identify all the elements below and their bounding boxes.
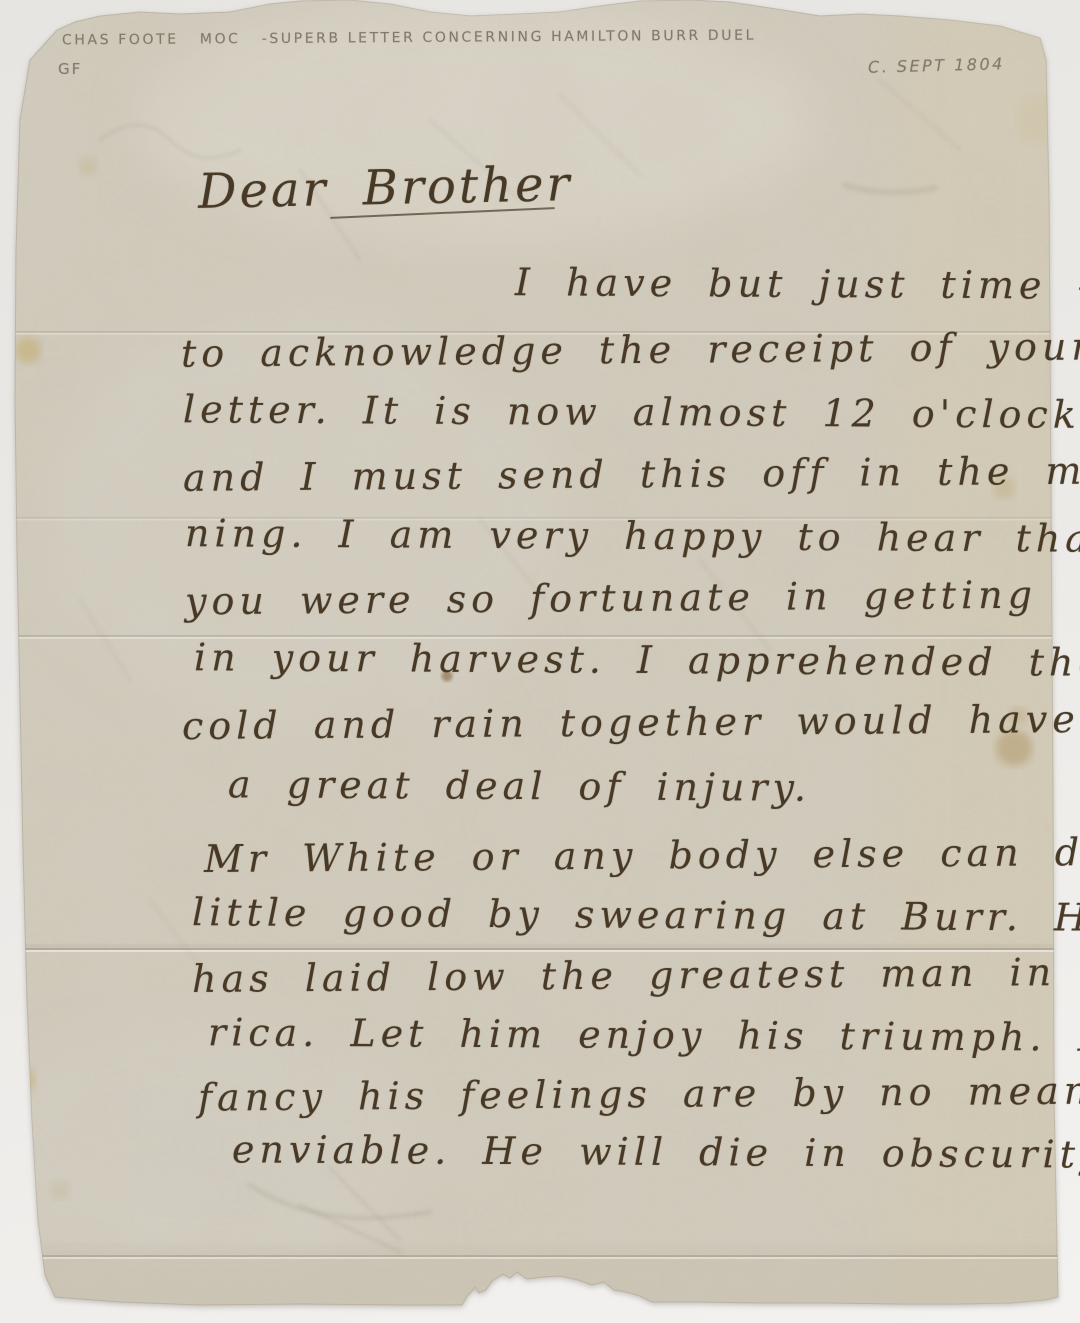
letter-line: rica. Let him enjoy his triumph. I bbox=[208, 1010, 1080, 1059]
letter-line: has laid low the greatest man in Ame- bbox=[192, 949, 1080, 1001]
letter-line: little good by swearing at Burr. He bbox=[192, 890, 1080, 940]
photo-backdrop: CHAS FOOTE MOC -SUPERB LETTER CONCERNING… bbox=[0, 0, 1080, 1323]
letter-line: I have but just time — bbox=[515, 260, 1080, 308]
letter-line: ning. I am very happy to hear that bbox=[185, 511, 1080, 561]
initials-annotation: GF bbox=[58, 60, 82, 78]
letter-line: to acknowledge the receipt of your bbox=[181, 324, 1080, 375]
letter-line: you were so fortunate in getting bbox=[185, 573, 1037, 624]
letter-line: in your harvest. I apprehended the bbox=[194, 635, 1080, 685]
letter-line: and I must send this off in the mor- bbox=[183, 448, 1080, 500]
letter-line: a great deal of injury. bbox=[228, 762, 811, 810]
date-annotation: C. SEPT 1804 bbox=[868, 54, 1005, 77]
letter-line: cold and rain together would have done bbox=[182, 696, 1080, 748]
letter-line: Mr White or any body else can do but bbox=[204, 829, 1080, 881]
letter-line: enviable. He will die in obscurity bbox=[232, 1127, 1080, 1176]
letter-line: fancy his feelings are by no means bbox=[198, 1068, 1080, 1119]
letter-line: letter. It is now almost 12 o'clock bbox=[183, 387, 1080, 436]
